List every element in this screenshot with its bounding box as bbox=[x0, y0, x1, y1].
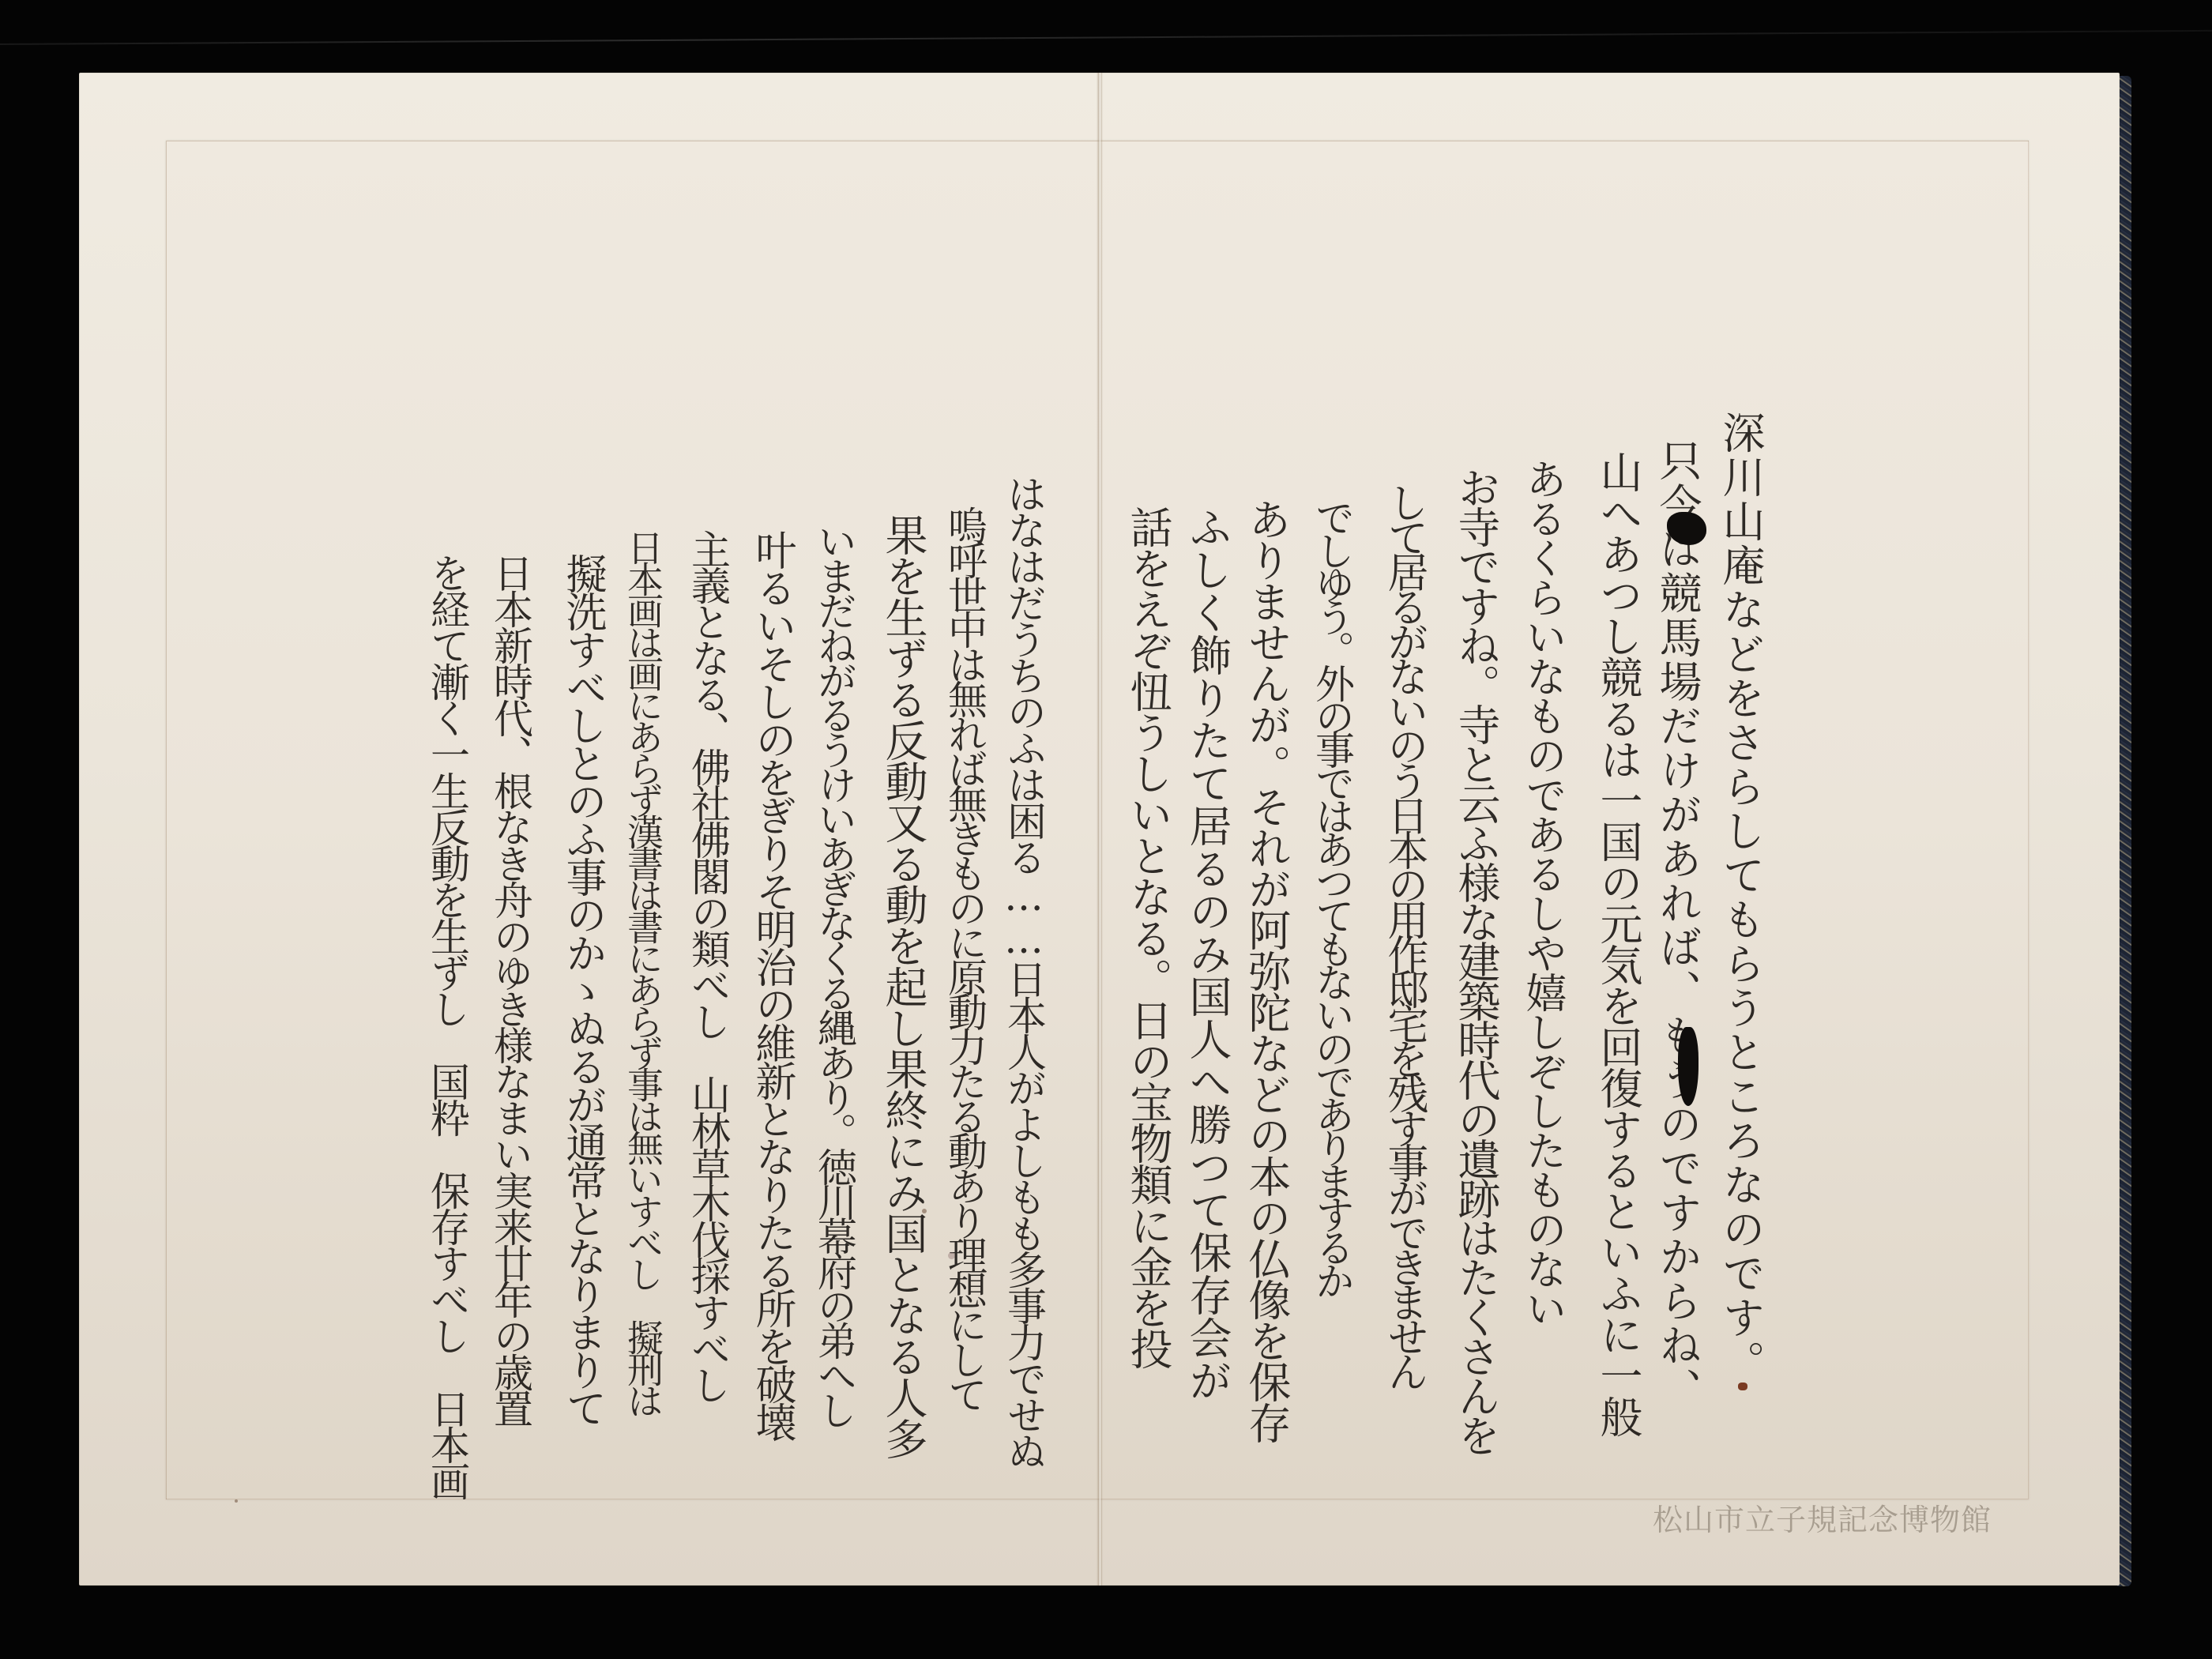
left-page-column-5: 叶るいそしのをぎりそ明治の維新となりたる所を破壊 bbox=[751, 529, 792, 1439]
right-page-column-2: 只今は競馬場だけがあれば、もうのですからね、 bbox=[1656, 438, 1698, 1412]
right-page-column-6: して居るがないのう日本の用作邸宅を残す事ができません bbox=[1383, 482, 1424, 1386]
left-page-column-10: を経て漸く一生反動を生ずし 国粋 保存すべし 日本画 bbox=[427, 553, 467, 1498]
left-page-column-6: 主義となる、佛社佛閣の類べし 山林草木伐採すべし bbox=[688, 529, 728, 1401]
paper-spot-2 bbox=[948, 1252, 955, 1259]
red-seal-dot bbox=[1738, 1382, 1747, 1390]
left-page-column-3: 果を生ずる反動又る動を起し果終にみ国となる人多 bbox=[882, 513, 924, 1458]
museum-watermark: 松山市立子規記念博物館 bbox=[1653, 1495, 1992, 1539]
right-page-column-8: ありませんが。それが阿弥陀などの本の仏像を保存 bbox=[1245, 498, 1288, 1443]
left-page-column-1: はなはだうちのふは困る……日本人がよしもも多事力でせぬ bbox=[1004, 474, 1044, 1468]
left-page-column-8: 擬洗すべしとのふ事のかゝぬるが通常となりまりて bbox=[562, 553, 603, 1425]
right-page-column-5: お寺ですね。寺と云ふ様な建築時代の遺跡はたくさんを bbox=[1454, 466, 1497, 1454]
photo-stage: 深川山庵などをさらしてもらうところなのです。 只今は競馬場だけがあれば、もうので… bbox=[0, 0, 2212, 1659]
paper-spot-3 bbox=[235, 1499, 238, 1503]
right-page-column-3: 山へあつし競るは一国の元気を回復するといふに一般 bbox=[1597, 450, 1639, 1436]
left-page-column-2: 嗚呼世中は無れば無きものに原動力たる動あり理想にして bbox=[945, 506, 984, 1409]
ink-blot-2 bbox=[1678, 1027, 1698, 1106]
left-page-column-4: いまだねがるうけいあぎなくる縄あり。徳川幕府の弟へし bbox=[814, 521, 854, 1425]
right-page-column-4: あるくらいなものであるしや嬉しぞしたものない bbox=[1522, 458, 1563, 1327]
right-page-column-1: 深川山庵などをさらしてもらうところなのです。 bbox=[1719, 411, 1762, 1384]
left-page-column-7: 日本画は画にあらず漢書は書にあらず事は無いすべし 擬刑は bbox=[625, 529, 661, 1414]
right-page-column-7: でしゆう。外の事ではあつてもないのでありまするか bbox=[1312, 498, 1352, 1294]
left-page-column-9: 日本新時代、根なき舟のゆき様なまい実来廿年の歳置 bbox=[491, 553, 530, 1425]
center-fold bbox=[1097, 73, 1103, 1586]
right-page-column-10: 話をえぞ忸うしいとなる。日の宝物類に金を投 bbox=[1127, 506, 1169, 1368]
right-page-column-9: ふしく飾りたて居るのみ国人へ勝つて保存会が bbox=[1186, 506, 1228, 1401]
background-line bbox=[0, 30, 2212, 45]
paper-spot-1 bbox=[922, 1209, 927, 1213]
